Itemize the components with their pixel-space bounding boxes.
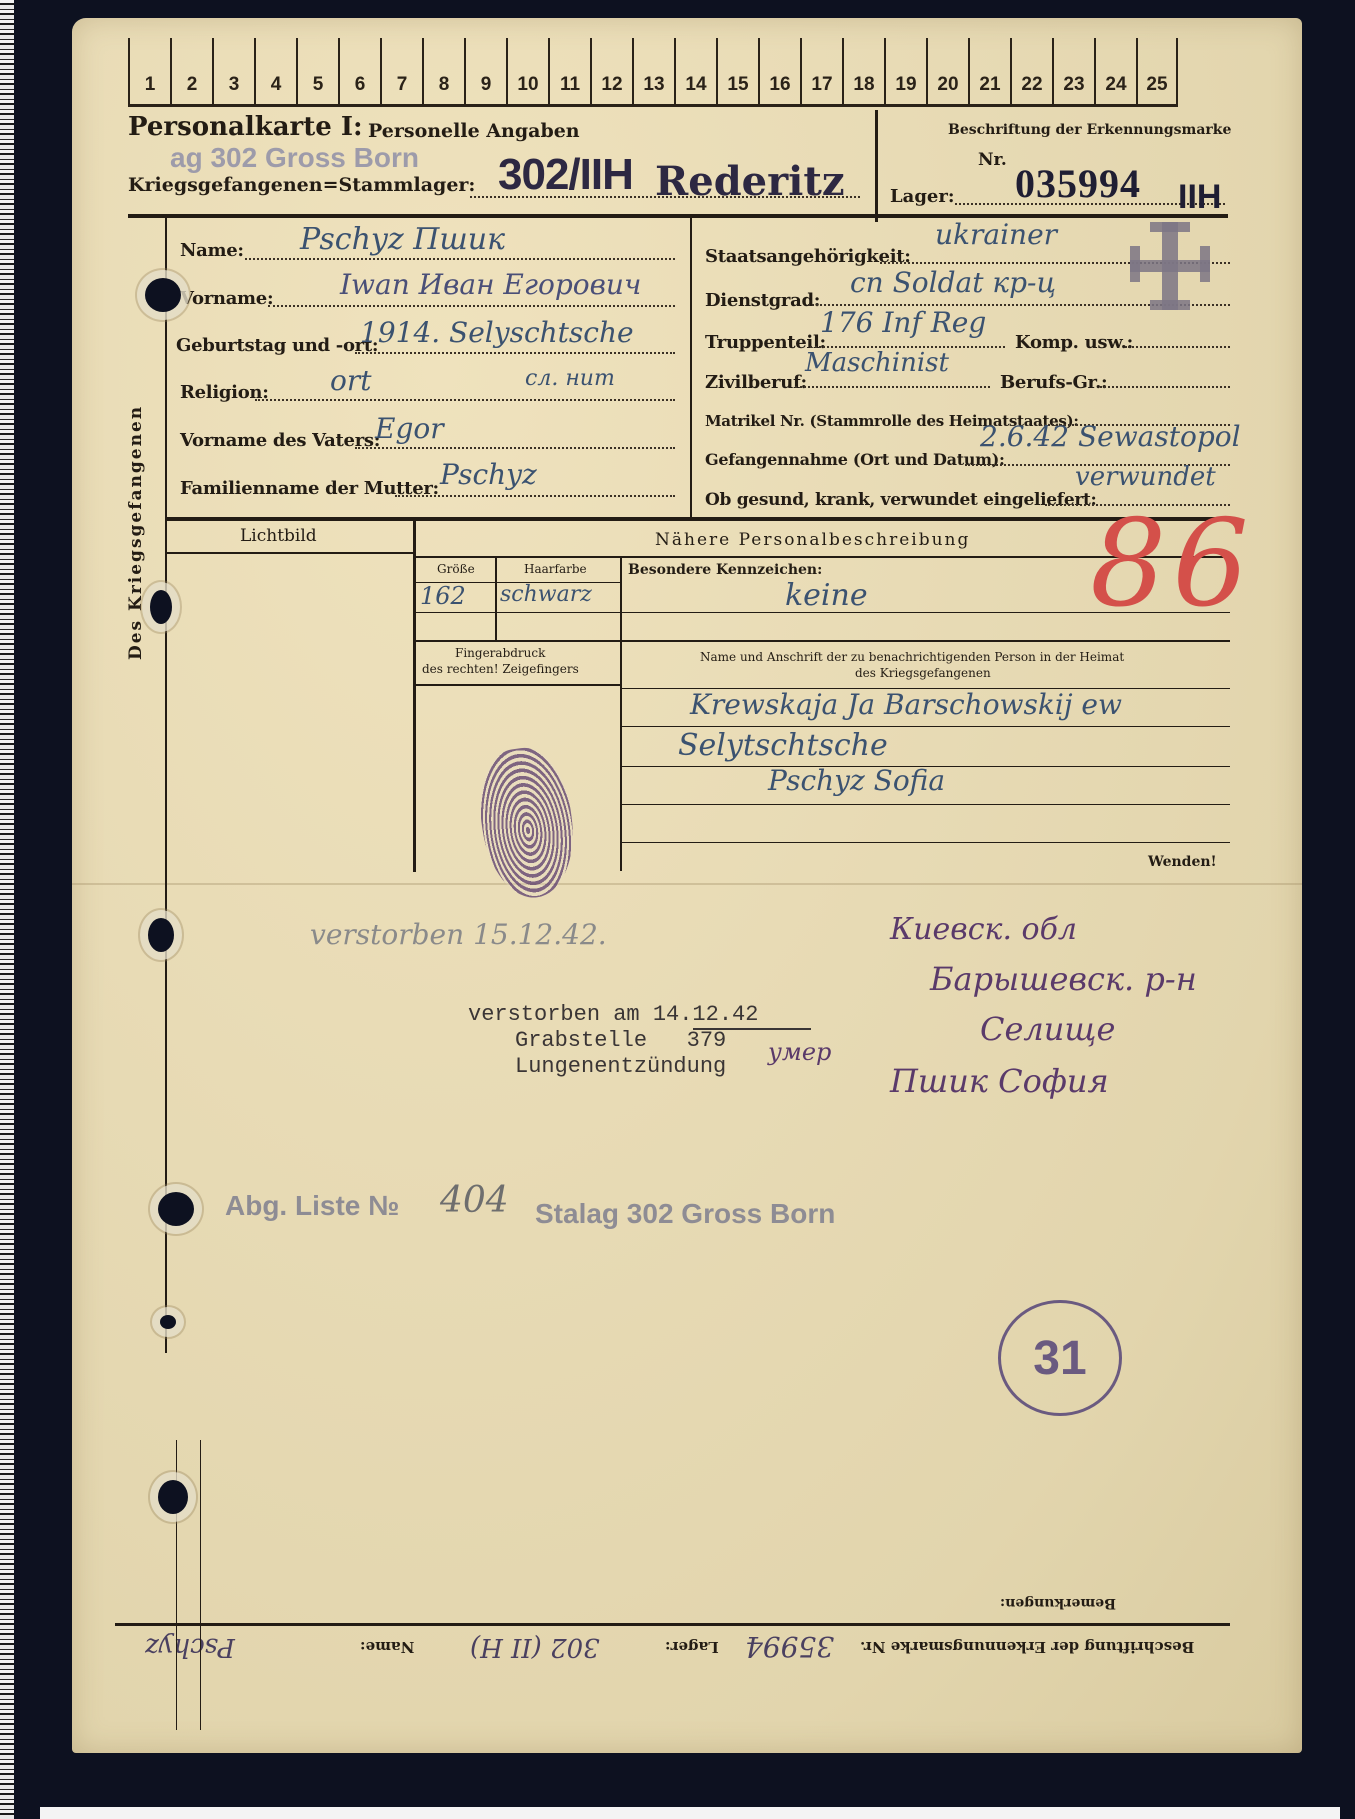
number-ruler: 1234567891011121314151617181920212223242…: [128, 38, 1178, 107]
scan-edge: [0, 0, 14, 1819]
inverted-lager-value: 302 (II H): [470, 1632, 600, 1662]
punch-hole: [145, 278, 181, 312]
haar-value: schwarz: [500, 582, 592, 607]
ruler-cell: 21: [968, 38, 1010, 104]
ruler-cell: 1: [128, 38, 170, 104]
cyr-address-2: Барышевск. р-н: [930, 960, 1197, 998]
gefangen-label: Gefangennahme (Ort und Datum):: [705, 450, 1005, 469]
scan-bottom-edge: [40, 1807, 1340, 1819]
cross-stamp: [1130, 222, 1210, 310]
komp-line: [1125, 346, 1230, 348]
ruler-cell: 12: [590, 38, 632, 104]
tag-lager-label: Lager:: [890, 186, 955, 207]
header-divider: [875, 110, 878, 222]
ruler-cell: 3: [212, 38, 254, 104]
dienstgrad-value: сп Soldat кр-ц: [850, 266, 1056, 299]
vorname-label: Vorname:: [180, 288, 273, 309]
inverted-name-value: Pschyz: [145, 1632, 235, 1662]
groesse-value: 162: [420, 582, 466, 610]
contact-line-2: Selytschtsche: [678, 728, 888, 763]
typed-death-date: verstorben am 14.12.42: [468, 1002, 758, 1028]
dienstgrad-label: Dienstgrad:: [705, 290, 820, 311]
bottom-rule: [115, 1623, 1230, 1626]
groesse-divider: [495, 556, 497, 640]
gefangen-value: 2.6.42 Sewastopol: [980, 420, 1241, 453]
kennzeichen-label: Besondere Kennzeichen:: [628, 562, 822, 578]
vater-value: Egor: [375, 412, 444, 445]
name-line: [245, 258, 675, 260]
pencil-mark-2: [200, 1440, 201, 1730]
ruler-cell: 16: [758, 38, 800, 104]
ruler-cell: 22: [1010, 38, 1052, 104]
lichtbild-label: Lichtbild: [240, 526, 317, 546]
contact-rule-5: [622, 842, 1230, 843]
komp-label: Komp. usw.:: [1015, 332, 1133, 353]
kennzeichen-divider: [620, 556, 622, 871]
ruler-cell: 8: [422, 38, 464, 104]
ruler-cell: 15: [716, 38, 758, 104]
religion-value: ort: [330, 364, 372, 397]
truppen-value: 176 Inf Reg: [820, 306, 986, 339]
contact-rule-4: [622, 804, 1230, 805]
vorname-line: [268, 305, 675, 307]
card-subtitle: Personelle Angaben: [368, 120, 580, 142]
ruler-cell: 7: [380, 38, 422, 104]
contact-rule-2: [622, 726, 1230, 727]
pow-card: [72, 18, 1302, 1753]
finger-rule: [413, 684, 620, 686]
religion-line: [255, 399, 675, 401]
header-rule: [128, 214, 1228, 218]
cyr-address-3: Селище: [980, 1010, 1115, 1048]
punch-hole: [148, 918, 174, 952]
finger-label-2: des rechten! Zeigefingers: [422, 662, 579, 676]
pencil-death-note: verstorben 15.12.42.: [310, 918, 607, 951]
description-heading: Nähere Personalbeschreibung: [655, 530, 970, 550]
mutter-line: [395, 495, 675, 497]
ruler-cell: 18: [842, 38, 884, 104]
typed-grave: Grabstelle 379: [515, 1028, 726, 1054]
vorname-value: Iwan Иван Егорович: [340, 268, 641, 301]
tag-heading: Beschriftung der Erkennungsmarke: [948, 122, 1231, 138]
typed-cause: Lungenentzündung: [515, 1054, 726, 1080]
lichtbild-divider: [413, 517, 416, 872]
abg-liste-stamp: Abg. Liste №: [225, 1190, 399, 1222]
stammlager-label: Kriegsgefangenen=Stammlager:: [128, 174, 475, 196]
ruler-cell: 24: [1094, 38, 1136, 104]
contact-label-2: des Kriegsgefangenen: [855, 666, 991, 680]
contact-label-1: Name und Anschrift der zu benachrichtige…: [700, 650, 1124, 664]
tag-nr-label: Nr.: [978, 150, 1007, 170]
geburt-value: 1914. Selyschtsche: [360, 316, 634, 349]
finger-top-rule: [413, 640, 1230, 642]
circle-number-stamp: 31: [998, 1300, 1122, 1416]
ruler-cell: 25: [1136, 38, 1178, 104]
vater-label: Vorname des Vaters:: [180, 430, 380, 451]
punch-hole: [160, 1315, 176, 1329]
ruler-cell: 2: [170, 38, 212, 104]
ruler-cell: 9: [464, 38, 506, 104]
ruler-cell: 13: [632, 38, 674, 104]
kennzeichen-value: keine: [785, 578, 868, 613]
ruler-cell: 10: [506, 38, 548, 104]
vater-line: [355, 447, 675, 449]
ruler-cell: 17: [800, 38, 842, 104]
zivil-label: Zivilberuf:: [705, 372, 807, 393]
description-top-rule: [165, 517, 1230, 521]
haar-label: Haarfarbe: [524, 562, 587, 576]
column-divider: [690, 218, 692, 518]
name-value: Pschyz Пшик: [300, 222, 505, 257]
ruler-cell: 11: [548, 38, 590, 104]
punch-hole: [150, 590, 172, 624]
stammlager-value: 302/IIH: [498, 150, 633, 200]
wenden-label: Wenden!: [1148, 854, 1217, 870]
tag-lager-value: IIH: [1178, 178, 1221, 217]
punch-hole: [158, 1480, 188, 1514]
finger-label-1: Fingerabdruck: [455, 646, 545, 660]
name-label: Name:: [180, 240, 244, 261]
inverted-tag-value: 35994: [745, 1630, 834, 1663]
mutter-value: Pschyz: [440, 458, 537, 491]
fold-line: [72, 883, 1302, 885]
ruler-cell: 20: [926, 38, 968, 104]
inverted-tag-label: Beschriftung der Erkennungsmarke Nr.: [860, 1638, 1194, 1656]
ruler-cell: 23: [1052, 38, 1094, 104]
cyr-address-4: Пшик София: [890, 1062, 1109, 1100]
stammlager-place-stamp: Rederitz: [655, 158, 845, 205]
zivil-line: [795, 386, 990, 388]
bemerkungen-label: Bemerkungen:: [1000, 1595, 1116, 1611]
inverted-name-label: Name:: [360, 1638, 414, 1656]
cyr-address-1: Киевск. обл: [890, 912, 1077, 947]
left-border: [165, 218, 167, 1353]
berufs-line: [1100, 386, 1230, 388]
card-title: Personalkarte I:: [128, 112, 363, 142]
geburt-line: [355, 352, 675, 354]
tag-nr-value: 035994: [1015, 160, 1141, 207]
religion-note: сл. нит: [525, 366, 615, 391]
ruler-cell: 5: [296, 38, 338, 104]
ruler-cell: 14: [674, 38, 716, 104]
camp-stamp: ag 302 Gross Born: [170, 142, 419, 174]
gesund-label: Ob gesund, krank, verwundet eingeliefert…: [705, 490, 1097, 510]
umer-note: умер: [768, 1038, 831, 1066]
zivil-value: Maschinist: [805, 348, 949, 378]
berufs-label: Berufs-Gr.:: [1000, 372, 1107, 393]
lichtbild-rule: [165, 552, 413, 554]
geburt-label: Geburtstag und -ort:: [176, 335, 378, 356]
contact-line-1: Krewskaja Ja Barschowskij ew: [690, 688, 1122, 721]
staat-value: ukrainer: [935, 218, 1057, 251]
red-pencil-number: 86: [1090, 505, 1255, 625]
gesund-value: verwundet: [1075, 462, 1216, 492]
inverted-lager-label: Lager:: [665, 1638, 719, 1656]
abg-liste-number: 404: [440, 1180, 509, 1221]
ruler-cell: 4: [254, 38, 296, 104]
punch-hole: [158, 1192, 194, 1226]
ruler-cell: 19: [884, 38, 926, 104]
contact-line-3: Pschyz Sofia: [768, 764, 945, 797]
stalag-stamp: Stalag 302 Gross Born: [535, 1198, 835, 1230]
ruler-cell: 6: [338, 38, 380, 104]
side-label: Des Kriegsgefangenen: [126, 405, 146, 660]
groesse-label: Größe: [437, 562, 475, 576]
